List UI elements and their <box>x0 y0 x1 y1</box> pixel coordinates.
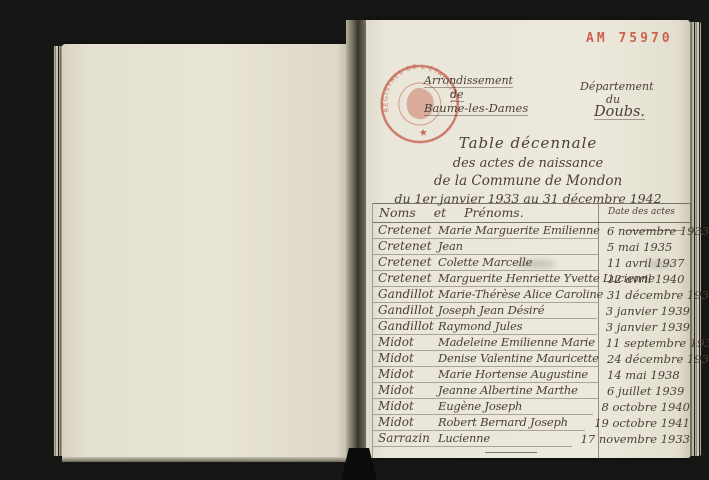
surname: Midot <box>378 367 438 381</box>
departement-block: Département du Doubs. <box>580 80 654 120</box>
table-row: Midot Jeanne Albertine Marthe 6 juillet … <box>373 383 690 399</box>
given-names: Jeanne Albertine Marthe <box>438 383 578 397</box>
title-line-3: de la Commune de Mondon <box>376 173 680 189</box>
surname: Midot <box>378 335 438 349</box>
arrondissement-block: Arrondissement de Baume-les-Dames <box>424 74 528 116</box>
name-cell: Midot Eugène Joseph <box>373 399 593 415</box>
act-date: 11 avril 1937 <box>598 256 690 271</box>
table-row: Midot Eugène Joseph 8 octobre 1940 <box>373 399 690 415</box>
register-page: AM 75970 REGISTRES DE L'ÉTAT CIVIL ★ Arr… <box>366 20 690 458</box>
departement-label: Département <box>580 80 654 93</box>
act-date: 19 octobre 1941 <box>585 416 690 431</box>
act-date: 12 avril 1940 <box>598 272 690 287</box>
table-row: Cretenet Colette Marcelle 11 avril 1937 <box>373 255 690 271</box>
surname: Gandillot <box>378 319 438 333</box>
name-cell: Gandillot Marie-Thérèse Alice Caroline <box>373 287 598 303</box>
surname: Sarrazin <box>378 431 438 445</box>
table-row: Gandillot Raymond Jules 3 janvier 1939 <box>373 319 690 335</box>
act-date: 3 janvier 1939 <box>597 320 690 335</box>
surname: Midot <box>378 383 438 397</box>
surname: Cretenet <box>378 239 438 253</box>
table-row: Sarrazin Lucienne 17 novembre 1933 <box>373 431 690 447</box>
name-cell: Gandillot Raymond Jules <box>373 319 597 335</box>
name-cell: Gandillot Joseph Jean Désiré <box>373 303 597 319</box>
table-row: Midot Marie Hortense Augustine 14 mai 19… <box>373 367 690 383</box>
given-names: Robert Bernard Joseph <box>438 415 568 429</box>
table-row: Cretenet Jean 5 mai 1935 <box>373 239 690 255</box>
act-date: 11 septembre 1935 <box>597 336 709 351</box>
act-date: 5 mai 1935 <box>598 240 690 255</box>
name-cell: Cretenet Jean <box>373 239 598 255</box>
surname: Midot <box>378 415 438 429</box>
act-date: 24 décembre 1936 <box>598 352 709 367</box>
departement-name: Doubs. <box>594 106 645 120</box>
archive-reference-number: AM 75970 <box>586 31 673 46</box>
table-row: Midot Robert Bernard Joseph 19 octobre 1… <box>373 415 690 431</box>
table-row: Gandillot Marie-Thérèse Alice Caroline 3… <box>373 287 690 303</box>
surname: Midot <box>378 351 438 365</box>
given-names: Eugène Joseph <box>438 399 522 413</box>
arrondissement-label: Arrondissement <box>424 74 513 88</box>
arrondissement-name: Baume-les-Dames <box>424 102 528 116</box>
left-blank-page <box>62 44 348 458</box>
title-line-1: Table décennale <box>376 134 680 152</box>
surname: Cretenet <box>378 223 438 237</box>
table-row: Gandillot Joseph Jean Désiré 3 janvier 1… <box>373 303 690 319</box>
dates-column-header: Date des actes <box>598 204 690 222</box>
act-date: 17 novembre 1933 <box>572 432 690 447</box>
name-cell: Midot Robert Bernard Joseph <box>373 415 585 431</box>
surname: Gandillot <box>378 287 438 301</box>
scanned-register-view: AM 75970 REGISTRES DE L'ÉTAT CIVIL ★ Arr… <box>0 0 709 480</box>
records-table: Noms et Prénoms. Date des actes Cretenet… <box>372 203 691 458</box>
given-names: Joseph Jean Désiré <box>438 303 544 317</box>
record-rows: Cretenet Marie Marguerite Emilienne 6 no… <box>373 223 690 447</box>
names-column-header: Noms et Prénoms. <box>373 204 598 222</box>
surname: Gandillot <box>378 303 438 317</box>
table-row: Midot Madeleine Emilienne Marie 11 septe… <box>373 335 690 351</box>
book-gutter-shadow <box>346 20 368 460</box>
name-cell: Midot Madeleine Emilienne Marie <box>373 335 597 351</box>
name-cell: Midot Marie Hortense Augustine <box>373 367 598 383</box>
act-date: 3 janvier 1939 <box>597 304 690 319</box>
name-cell: Cretenet Colette Marcelle <box>373 255 598 271</box>
surname: Midot <box>378 399 438 413</box>
act-date: 8 octobre 1940 <box>593 400 690 415</box>
page-stack-edge-bottom <box>62 457 348 462</box>
given-names: Madeleine Emilienne Marie <box>438 335 595 349</box>
given-names: Marie-Thérèse Alice Caroline <box>438 287 603 301</box>
given-names: Jean <box>438 239 463 253</box>
name-cell: Cretenet Marie Marguerite Emilienne <box>373 223 598 239</box>
given-names: Marie Marguerite Emilienne <box>438 223 600 237</box>
act-date: 31 décembre 1936 <box>598 288 709 303</box>
name-cell: Midot Jeanne Albertine Marthe <box>373 383 598 399</box>
given-names: Marie Hortense Augustine <box>438 367 588 381</box>
title-line-2: des actes de naissance <box>376 156 680 171</box>
act-date: 6 juillet 1939 <box>598 384 690 399</box>
table-row: Midot Denise Valentine Mauricette 24 déc… <box>373 351 690 367</box>
table-header: Noms et Prénoms. Date des actes <box>373 204 690 223</box>
given-names: Denise Valentine Mauricette <box>438 351 599 365</box>
surname: Cretenet <box>378 255 438 269</box>
given-names: Raymond Jules <box>438 319 522 333</box>
name-cell: Cretenet Marguerite Henriette Yvette Luc… <box>373 271 598 287</box>
document-title: Table décennale des actes de naissance d… <box>376 134 680 206</box>
name-cell: Midot Denise Valentine Mauricette <box>373 351 598 367</box>
table-row: Cretenet Marguerite Henriette Yvette Luc… <box>373 271 690 287</box>
given-names: Lucienne <box>438 431 490 445</box>
surname: Cretenet <box>378 271 438 285</box>
given-names: Colette Marcelle <box>438 255 532 269</box>
act-date: 6 novembre 1933 <box>598 224 709 239</box>
table-row: Cretenet Marie Marguerite Emilienne 6 no… <box>373 223 690 239</box>
act-date: 14 mai 1938 <box>598 368 690 383</box>
table-end-line <box>485 452 537 453</box>
arrondissement-de: de <box>450 88 464 102</box>
name-cell: Sarrazin Lucienne <box>373 431 572 447</box>
